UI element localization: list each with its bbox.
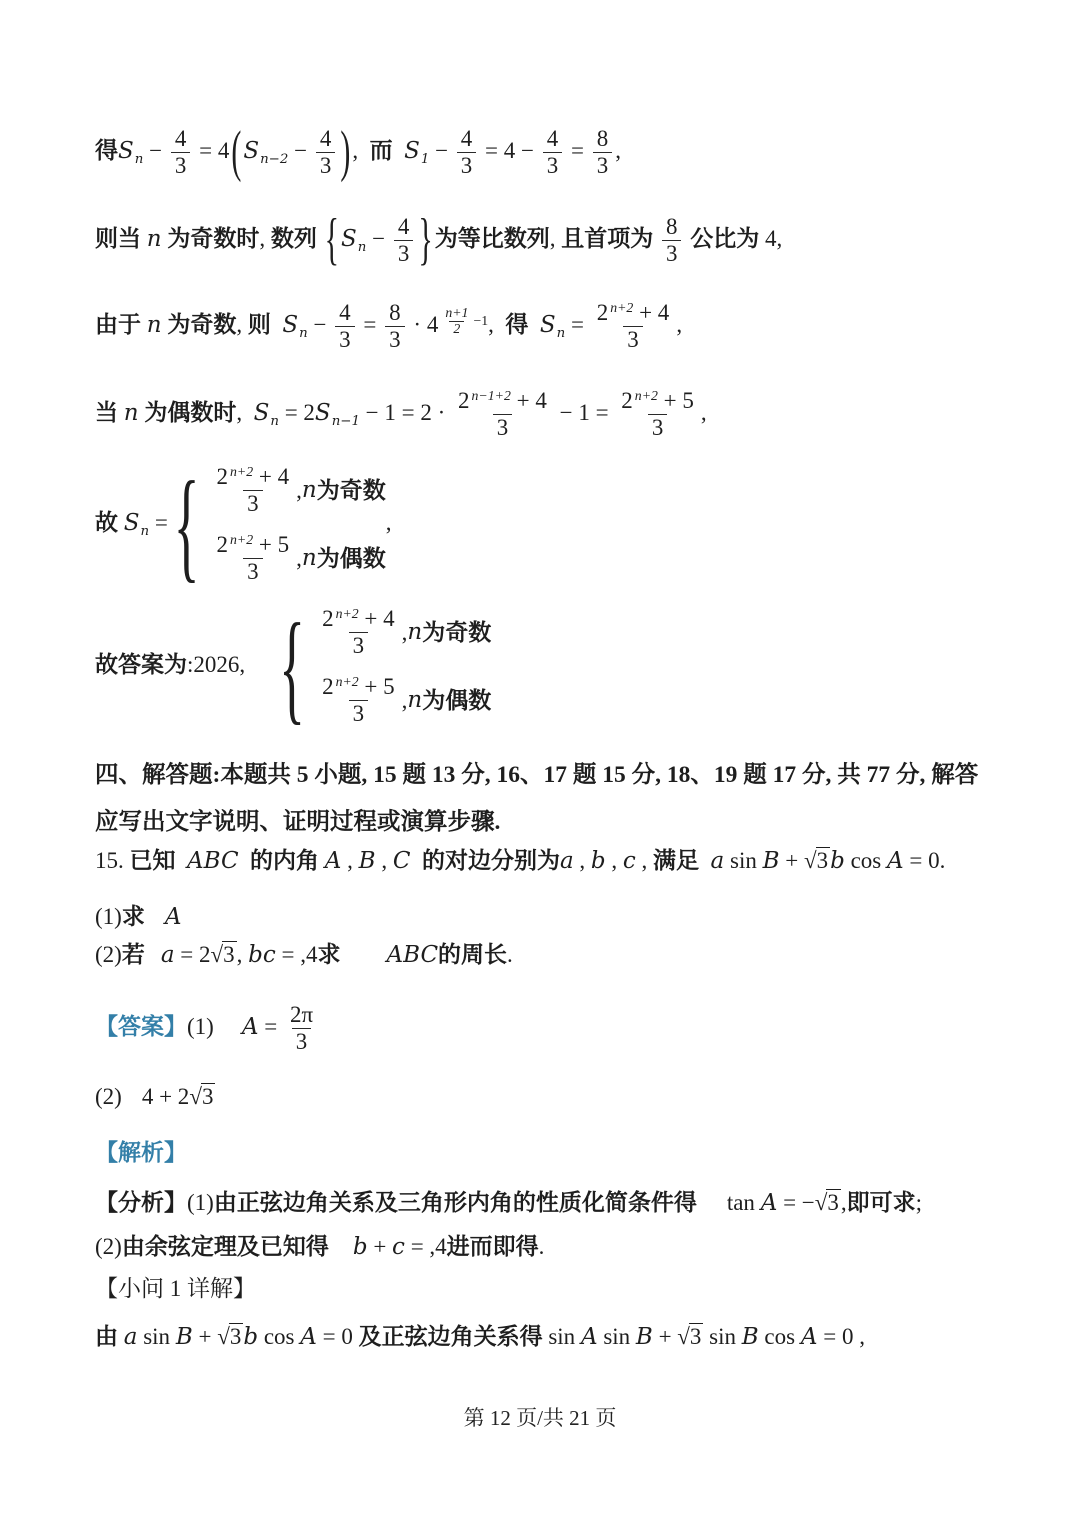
formula-sn-piecewise: 故 Sn = {2n+2 + 43,n为奇数2n+2 + 53,n为偶数, (95, 464, 391, 586)
detail-part1-derivation: 由 a sin B + √3b cos A = 0 及正弦边角关系得 sin A… (95, 1322, 1035, 1353)
formula-sn-odd-case: 由于 n 为奇数, 则 Sn − 43 = 83 · 4n+12−1, 得 Sn… (95, 300, 682, 354)
section-header-jiedati: 四、解答题:本题共 5 小题, 15 题 13 分, 16、17 题 15 分,… (95, 752, 1000, 846)
question-15-part2: (2)若a = 2√3, bc = ,4求ABC的周长. (95, 940, 513, 971)
formula-odd-geometric-series: 则当 n 为奇数时, 数列 {Sn − 43}为等比数列, 且首项为 83 公比… (95, 214, 782, 268)
formula-sn-recurrence: 得Sn − 43 = 4(Sn−2 − 43), 而 S1 − 43 = 4 −… (95, 126, 621, 180)
answer-part2: (2)4 + 2√3 (95, 1082, 215, 1112)
question-15-part1: (1)求A (95, 902, 181, 933)
analysis-part1: 【分析】(1)由正弦边角关系及三角形内角的性质化简条件得tan A = −√3,… (95, 1188, 1035, 1219)
analysis-section-label: 【解析】 (95, 1138, 187, 1168)
page-number: 第 12 页/共 21 页 (0, 1402, 1080, 1432)
final-answer-2026: 故答案为:2026,{2n+2 + 43,n为奇数2n+2 + 53,n为偶数 (95, 606, 491, 728)
formula-sn-even-case: 当 n 为偶数时, Sn = 2Sn−1 − 1 = 2 · 2n−1+2 + … (95, 388, 707, 442)
analysis-part2: (2)由余弦定理及已知得b + c = ,4进而即得. (95, 1232, 544, 1263)
document-page: { "page": { "accent_color": "#337fa8", "… (0, 0, 1080, 1528)
detail-part1-label: 【小问 1 详解】 (95, 1274, 256, 1304)
question-15: 15. 已知 ABC 的内角 A , B , C 的对边分别为a , b , c… (95, 846, 1025, 877)
answer-label-part1: 【答案】(1)A = 2π3 (95, 1002, 320, 1056)
